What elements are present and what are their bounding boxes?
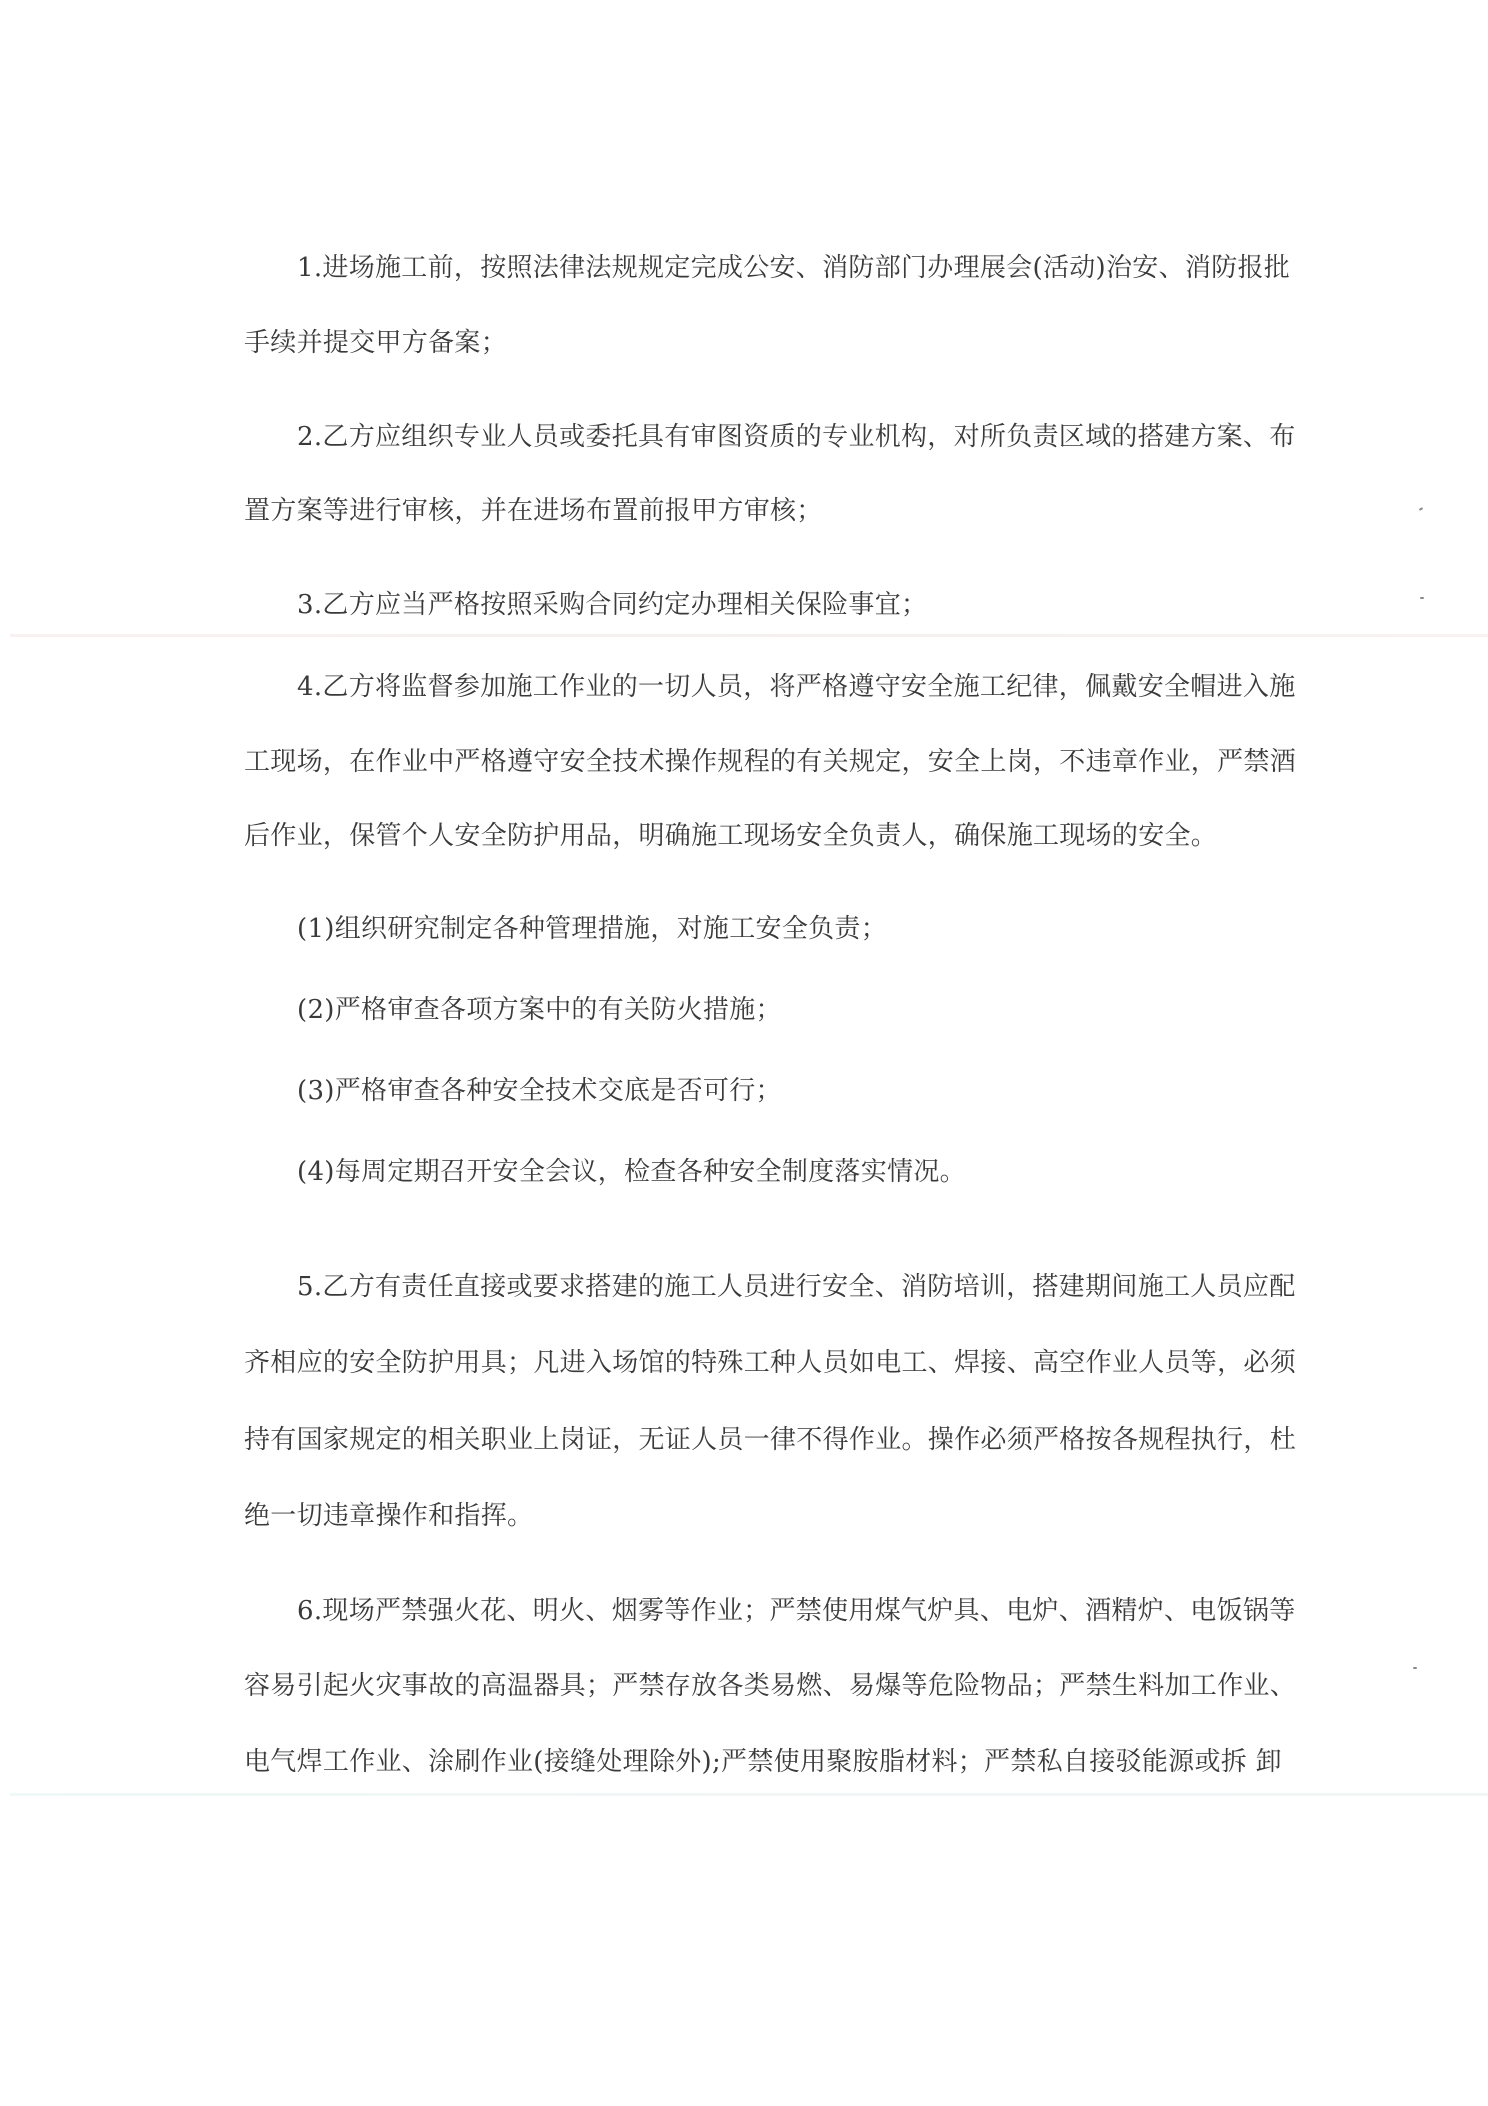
- paragraph-line: 4.乙方将监督参加施工作业的一切人员，将严格遵守安全施工纪律，佩戴安全帽进入施: [297, 667, 1297, 707]
- paragraph-line: 后作业，保管个人安全防护用品，明确施工现场安全负责人，确保施工现场的安全。: [244, 816, 1244, 856]
- scan-artifact-line: [10, 1793, 1488, 1796]
- scan-artifact-line: [10, 634, 1488, 637]
- paragraph-line: 齐相应的安全防护用具；凡进入场馆的特殊工种人员如电工、焊接、高空作业人员等，必须: [244, 1343, 1244, 1383]
- scan-speck: [1420, 597, 1424, 599]
- paragraph-line: 3.乙方应当严格按照采购合同约定办理相关保险事宜；: [297, 585, 1297, 625]
- paragraph-line: 置方案等进行审核，并在进场布置前报甲方审核；: [244, 491, 1244, 531]
- paragraph-line: 电气焊工作业、涂刷作业(接缝处理除外);严禁使用聚胺脂材料；严禁私自接驳能源或拆…: [244, 1742, 1244, 1782]
- paragraph-line: 容易引起火灾事故的高温器具；严禁存放各类易燃、易爆等危险物品；严禁生料加工作业、: [244, 1666, 1244, 1706]
- paragraph-line: 工现场，在作业中严格遵守安全技术操作规程的有关规定，安全上岗，不违章作业，严禁酒: [244, 742, 1244, 782]
- sub-item-1: (1)组织研究制定各种管理措施，对施工安全负责；: [297, 909, 1297, 949]
- paragraph-line: 2.乙方应组织专业人员或委托具有审图资质的专业机构，对所负责区域的搭建方案、布: [297, 417, 1297, 457]
- sub-item-3: (3)严格审查各种安全技术交底是否可行；: [297, 1071, 1297, 1111]
- paragraph-line: 持有国家规定的相关职业上岗证，无证人员一律不得作业。操作必须严格按各规程执行，杜: [244, 1420, 1244, 1460]
- sub-item-2: (2)严格审查各项方案中的有关防火措施；: [297, 990, 1297, 1030]
- paragraph-line: 6.现场严禁强火花、明火、烟雾等作业；严禁使用煤气炉具、电炉、酒精炉、电饭锅等: [297, 1591, 1297, 1631]
- paragraph-line: 手续并提交甲方备案；: [244, 323, 1244, 363]
- paragraph-line: 绝一切违章操作和指挥。: [244, 1496, 1244, 1536]
- sub-item-4: (4)每周定期召开安全会议，检查各种安全制度落实情况。: [297, 1152, 1297, 1192]
- scan-speck: [1413, 1667, 1417, 1669]
- document-page: 1.进场施工前，按照法律法规规定完成公安、消防部门办理展会(活动)治安、消防报批…: [0, 0, 1488, 2106]
- scan-speck: [1419, 507, 1423, 511]
- paragraph-line: 5.乙方有责任直接或要求搭建的施工人员进行安全、消防培训，搭建期间施工人员应配: [297, 1267, 1297, 1307]
- paragraph-line: 1.进场施工前，按照法律法规规定完成公安、消防部门办理展会(活动)治安、消防报批: [297, 248, 1297, 288]
